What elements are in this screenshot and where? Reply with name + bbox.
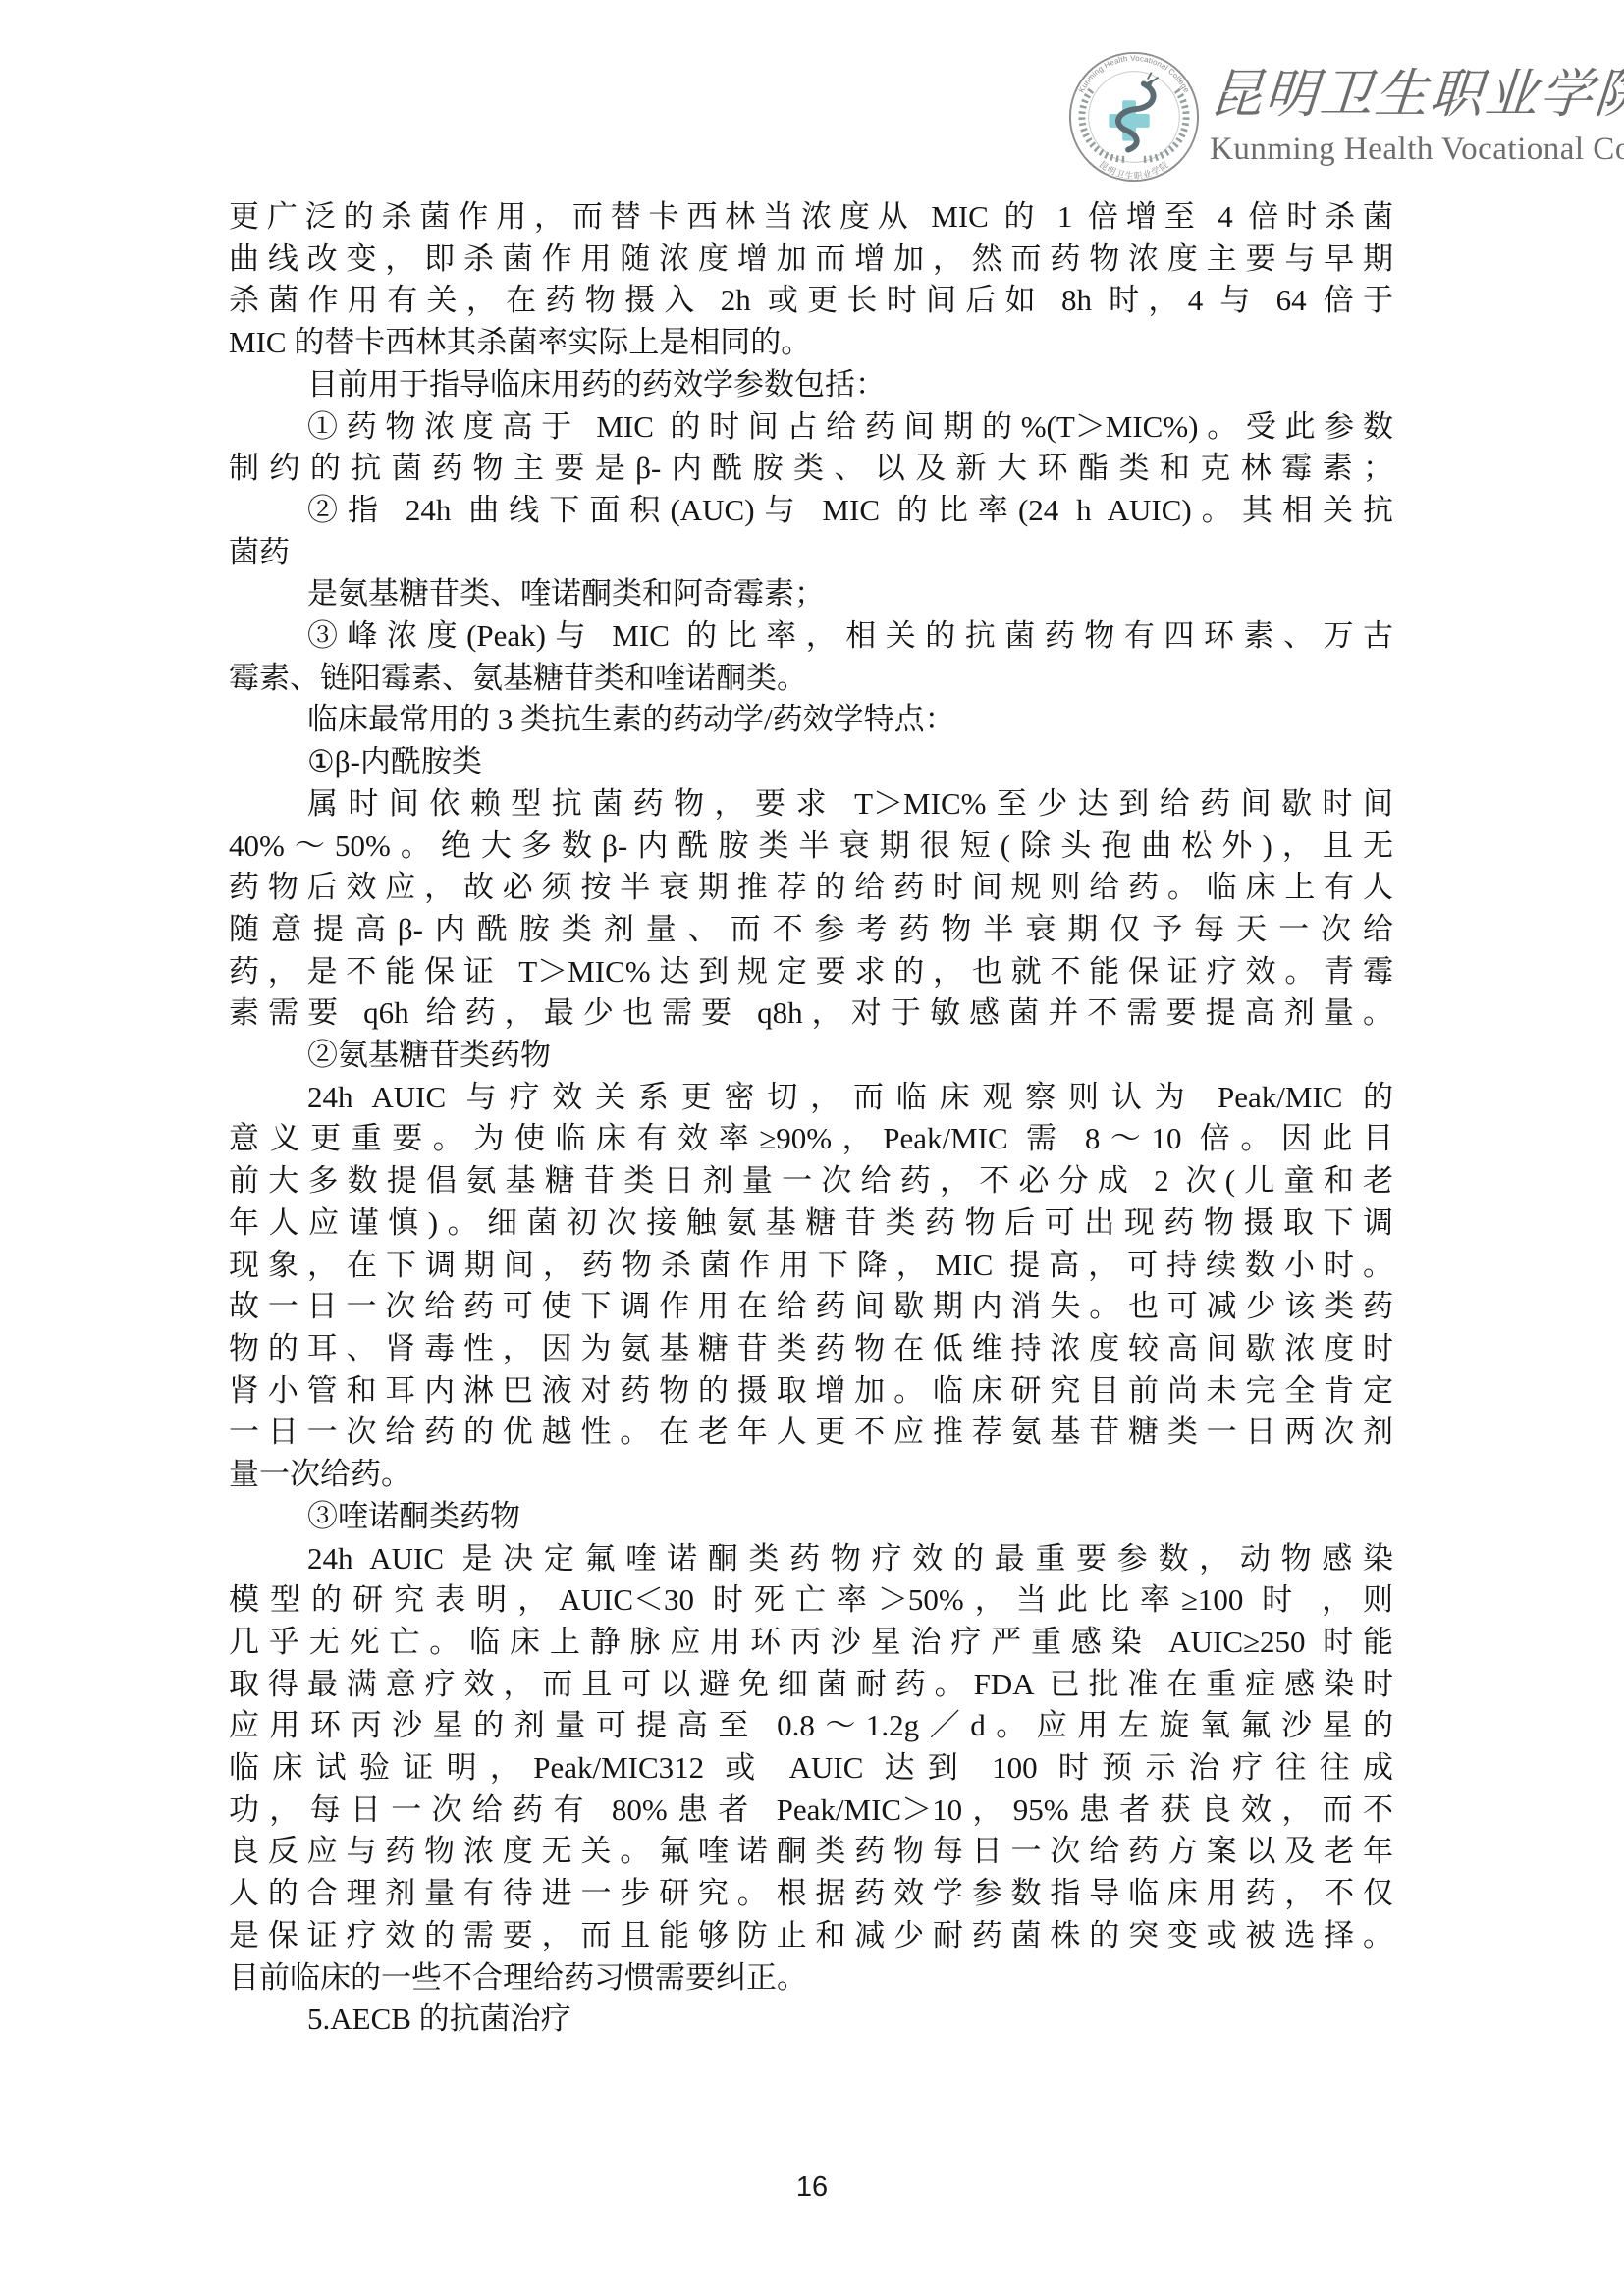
- text-line: 杀菌作用有关，在药物摄入 2h 或更长时间后如 8h 时，4 与 64 倍于: [229, 280, 1393, 322]
- text-line: 取得最满意疗效，而且可以避免细菌耐药。FDA 已批准在重症感染时: [229, 1664, 1393, 1706]
- text-line: 目前用于指导临床用药的药效学参数包括：: [229, 364, 1393, 406]
- text-line: MIC 的替卡西林其杀菌率实际上是相同的。: [229, 322, 1393, 364]
- text-line: ①β-内酰胺类: [229, 741, 1393, 783]
- text-line: 功，每日一次给药有 80%患者 Peak/MIC＞10，95%患者获良效，而不: [229, 1789, 1393, 1832]
- text-line: ①药物浓度高于 MIC 的时间占给药间期的%(T＞MIC%)。受此参数: [229, 406, 1393, 449]
- text-line: 5.AECB 的抗菌治疗: [229, 1999, 1393, 2041]
- text-line: 随意提高β-内酰胺类剂量、而不参考药物半衰期仅予每天一次给: [229, 909, 1393, 951]
- text-line: 故一日一次给药可使下调作用在给药间歇期内消失。也可减少该类药: [229, 1286, 1393, 1328]
- page-number: 16: [796, 2171, 828, 2203]
- text-line: 肾小管和耳内淋巴液对药物的摄取增加。临床研究目前尚未完全肯定: [229, 1370, 1393, 1413]
- text-line: ②指 24h 曲线下面积(AUC)与 MIC 的比率(24 h AUIC)。其相…: [229, 490, 1393, 532]
- text-line: 素需要 q6h 给药，最少也需要 q8h，对于敏感菌并不需要提高剂量。: [229, 992, 1393, 1035]
- text-line: 年人应谨慎)。细菌初次接触氨基糖苷类药物后可出现药物摄取下调: [229, 1202, 1393, 1245]
- header: Kunming Health Vocational College 昆明卫生职业…: [0, 0, 1624, 196]
- text-line: 前大多数提倡氨基糖苷类日剂量一次给药，不必分成 2 次(儿童和老: [229, 1160, 1393, 1202]
- college-name-calligraphy: 昆明卫生职业学院: [1207, 59, 1624, 130]
- text-line: 40%～50%。绝大多数β-内酰胺类半衰期很短(除头孢曲松外)，且无: [229, 826, 1393, 868]
- text-line: 临床试验证明，Peak/MIC312 或 AUIC 达到 100 时预示治疗往往…: [229, 1747, 1393, 1789]
- text-line: 人的合理剂量有待进一步研究。根据药效学参数指导临床用药，不仅: [229, 1873, 1393, 1915]
- text-line: 物的耳、肾毒性，因为氨基糖苷类药物在低维持浓度较高间歇浓度时: [229, 1328, 1393, 1370]
- text-line: 24h AUIC 与疗效关系更密切，而临床观察则认为 Peak/MIC 的: [229, 1077, 1393, 1119]
- text-line: 制约的抗菌药物主要是β-内酰胺类、以及新大环酯类和克林霉素；: [229, 448, 1393, 490]
- text-line: 曲线改变，即杀菌作用随浓度增加而增加，然而药物浓度主要与早期: [229, 239, 1393, 281]
- text-line: 良反应与药物浓度无关。氟喹诺酮类药物每日一次给药方案以及老年: [229, 1831, 1393, 1873]
- text-line: 更广泛的杀菌作用，而替卡西林当浓度从 MIC 的 1 倍增至 4 倍时杀菌: [229, 196, 1393, 239]
- footer: 16: [0, 2171, 1624, 2204]
- text-line: 量一次给药。: [229, 1454, 1393, 1496]
- text-line: ③峰浓度(Peak)与 MIC 的比率，相关的抗菌药物有四环素、万古: [229, 615, 1393, 658]
- text-line: 几乎无死亡。临床上静脉应用环丙沙星治疗严重感染 AUIC≥250 时能: [229, 1622, 1393, 1664]
- text-line: 药，是不能保证 T＞MIC%达到规定要求的，也就不能保证疗效。青霉: [229, 951, 1393, 993]
- text-line: ③喹诺酮类药物: [229, 1496, 1393, 1538]
- text-line: 现象，在下调期间，药物杀菌作用下降，MIC 提高，可持续数小时。: [229, 1245, 1393, 1287]
- text-line: 模型的研究表明，AUIC＜30 时死亡率＞50%，当此比率≥100 时 ，则: [229, 1579, 1393, 1622]
- text-line: ②氨基糖苷类药物: [229, 1035, 1393, 1077]
- text-line: 属时间依赖型抗菌药物，要求 T＞MIC%至少达到给药间歇时间: [229, 783, 1393, 826]
- text-line: 临床最常用的 3 类抗生素的药动学/药效学特点：: [229, 699, 1393, 741]
- text-line: 是氨基糖苷类、喹诺酮类和阿奇霉素；: [229, 573, 1393, 615]
- text-line: 24h AUIC 是决定氟喹诺酮类药物疗效的最重要参数，动物感染: [229, 1538, 1393, 1580]
- college-name-english: Kunming Health Vocational College: [1210, 130, 1622, 169]
- text-line: 目前临床的一些不合理给药习惯需要纠正。: [229, 1957, 1393, 2000]
- text-line: 一日一次给药的优越性。在老年人更不应推荐氨基苷糖类一日两次剂: [229, 1412, 1393, 1454]
- document-page: Kunming Health Vocational College 昆明卫生职业…: [0, 0, 1624, 2296]
- text-line: 霉素、链阳霉素、氨基糖苷类和喹诺酮类。: [229, 658, 1393, 700]
- college-name-block: 昆明卫生职业学院 Kunming Health Vocational Colle…: [1210, 59, 1622, 169]
- text-line: 菌药: [229, 532, 1393, 574]
- text-line: 意义更重要。为使临床有效率≥90%，Peak/MIC 需 8～10 倍。因此目: [229, 1118, 1393, 1160]
- text-body: 更广泛的杀菌作用，而替卡西林当浓度从 MIC 的 1 倍增至 4 倍时杀菌曲线改…: [229, 196, 1393, 2041]
- text-line: 应用环丙沙星的剂量可提高至 0.8～1.2g／d。应用左旋氧氟沙星的: [229, 1705, 1393, 1747]
- college-emblem-logo: Kunming Health Vocational College 昆明卫生职业…: [1066, 49, 1202, 185]
- text-line: 药物后效应，故必须按半衰期推荐的给药时间规则给药。临床上有人: [229, 867, 1393, 909]
- text-line: 是保证疗效的需要，而且能够防止和减少耐药菌株的突变或被选择。: [229, 1915, 1393, 1957]
